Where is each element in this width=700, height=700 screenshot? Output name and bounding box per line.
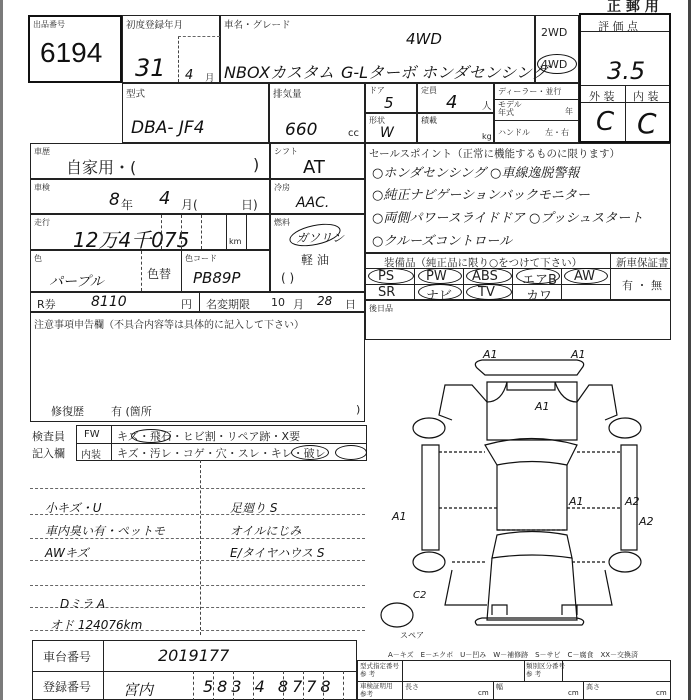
exterior-label: 外 装	[589, 88, 615, 104]
notes-label: 注意事項申告欄（不具合内容等は具体的に記入して下さい）	[34, 316, 304, 331]
exterior-grade: C	[596, 107, 614, 137]
note-left-2: 車内臭い有・ペットモ	[45, 522, 165, 539]
sales-point-1: ○ホンダセンシング ○車線逸脱警報	[372, 162, 579, 181]
damage-mark: A2	[639, 515, 654, 528]
equip-sr: SR	[378, 285, 395, 300]
inspector-table: FW キズ・飛石・ヒビ割・リペア跡・X要 内装 キズ・汚レ・コゲ・穴・スレ・キレ…	[76, 425, 367, 461]
note-left-6: オド 124076km	[50, 616, 142, 633]
drive-2wd: 2WD	[541, 26, 567, 39]
ac-box: 冷房 AAC.	[270, 179, 365, 214]
interior-label: 内 装	[633, 88, 659, 104]
lot-number-label: 出品番号	[33, 19, 65, 30]
spare-label: スペア	[400, 630, 424, 641]
first-registration-month: 4	[185, 68, 193, 83]
sales-point-3: ○両側パワースライドドア ○プッシュスタート	[372, 207, 643, 226]
lot-number: 6194	[40, 37, 102, 69]
color-value: パープル	[49, 271, 104, 291]
damage-legend: A－キズ E－エクボ U－凹み W－補修跡 S－サビ C－腐食 XX－交換済	[388, 650, 638, 660]
shift-box: シフト AT	[270, 143, 365, 179]
car-grade: G-Lターボ ホンダセンシング	[341, 60, 547, 83]
doors-box: ドア 5	[365, 83, 417, 113]
sales-point-2: ○純正ナビゲーションバックモニター	[372, 184, 590, 203]
note-right-3: E/タイヤハウス S	[230, 544, 324, 561]
note-left-1: 小キズ・U	[45, 499, 102, 516]
damage-mark: A2	[625, 495, 640, 508]
color-code: PB89P	[193, 269, 240, 287]
damage-mark: A1	[569, 495, 584, 508]
mileage-box: 走行 12万4千075 km	[30, 214, 270, 250]
history-box: 車歴 自家用・( )	[30, 143, 270, 179]
lot-number-box: 出品番号 6194	[28, 15, 122, 83]
equipment-box: 装備品（純正品に限り○をつけて下さい） 新車保証書 有 ・ 無 PS PW AB…	[365, 253, 671, 300]
fuel-box: 燃料 ガソリン 軽 油 ( )	[270, 214, 365, 292]
score-box: 評 価 点 3.5 外 装 内 装 C C	[579, 13, 671, 143]
car-name-label: 車名・グレード	[224, 17, 291, 31]
drive-note: 4WD	[406, 30, 442, 48]
damage-mark: A1	[483, 348, 498, 361]
dealer-box: ディーラー・並行 モデル年式 年 ハンドル 左・右	[494, 83, 579, 143]
chassis-number: 2019177	[158, 646, 229, 665]
scan-right-edge	[688, 0, 700, 700]
car-name-box: 車名・グレード 4WD NBOXカスタム G-Lターボ ホンダセンシング	[220, 15, 535, 83]
note-left-3: AWキズ	[45, 544, 89, 561]
registration-number: 583 4 8778	[203, 677, 335, 696]
first-registration-label: 初度登録年月	[126, 17, 183, 31]
load-box: 積載 kg	[417, 113, 494, 143]
color-box: 色 パープル 色替 色コード PB89P	[30, 250, 270, 292]
damage-mark: A1	[571, 348, 586, 361]
note-right-1: 足廻り S	[230, 499, 277, 516]
shift-value: AT	[303, 157, 325, 178]
chassis-registration-box: 車台番号 2019177 登録番号 宮内 583 4 8778	[32, 640, 357, 700]
damage-mark: A1	[535, 400, 550, 413]
drive-box: 2WD 4WD	[535, 15, 579, 83]
sales-point-4: ○クルーズコントロール	[372, 230, 512, 249]
car-outline-icon	[367, 340, 667, 630]
model-code: DBA- JF4	[131, 118, 205, 138]
model-box: 型式 DBA- JF4	[122, 83, 269, 143]
history-value: 自家用・(	[66, 155, 136, 178]
spec-reference-table: 型式指定番号 参 考 類別区分番号 参 考 車検証明用 参考 長さ cm 幅 c…	[357, 660, 671, 700]
registration-region: 宮内	[123, 679, 153, 700]
inspection-month: 4	[159, 188, 170, 209]
displacement-value: 660	[285, 120, 317, 140]
model-label: 型式	[126, 86, 145, 100]
damage-mark: A1	[392, 510, 407, 523]
inspection-year: 8	[109, 190, 120, 210]
warranty-options: 有 ・ 無	[622, 277, 662, 293]
recycle-fee: 8110	[91, 294, 127, 310]
shape-box: 形状 W	[365, 113, 417, 143]
drive-4wd-circle	[537, 54, 577, 74]
displacement-label: 排気量	[273, 86, 302, 100]
scan-left-edge	[0, 0, 3, 700]
sales-points-box: セールスポイント（正常に機能するものに限ります） ○ホンダセンシング ○車線逸脱…	[365, 143, 671, 253]
score-label: 評 価 点	[598, 18, 638, 34]
ac-value: AAC.	[296, 195, 329, 211]
doors-value: 5	[384, 94, 394, 112]
car-name: NBOXカスタム	[224, 60, 334, 83]
inspection-box: 車検 8 年 4 月( 日)	[30, 179, 270, 214]
overall-score: 3.5	[607, 57, 645, 85]
damage-diagram: A1 A1 A1 A1 A1 A2 A2 C2 スペア	[367, 340, 667, 630]
first-registration-box: 初度登録年月 31 4 月	[122, 15, 220, 83]
displacement-box: 排気量 660 cc	[269, 83, 365, 143]
mileage-value: 12万4千075	[73, 224, 189, 253]
later-items-box: 後日品	[365, 300, 671, 340]
shape-value: W	[380, 125, 394, 141]
note-right-2: オイルにじみ	[230, 522, 301, 539]
sales-points-label: セールスポイント（正常に機能するものに限ります）	[369, 146, 620, 161]
notes-box: 注意事項申告欄（不具合内容等は具体的に記入して下さい） 修復歴 有 (箇所 )	[30, 312, 365, 422]
capacity-box: 定員 4 人	[417, 83, 494, 113]
first-registration-year: 31	[135, 54, 166, 82]
capacity-value: 4	[446, 92, 457, 113]
recycle-box: R券 8110 円 名変期限 10 月 28 日	[30, 292, 365, 312]
damage-mark: C2	[413, 590, 426, 601]
note-left-5: Dミラ A	[60, 595, 105, 612]
interior-grade: C	[637, 107, 657, 140]
